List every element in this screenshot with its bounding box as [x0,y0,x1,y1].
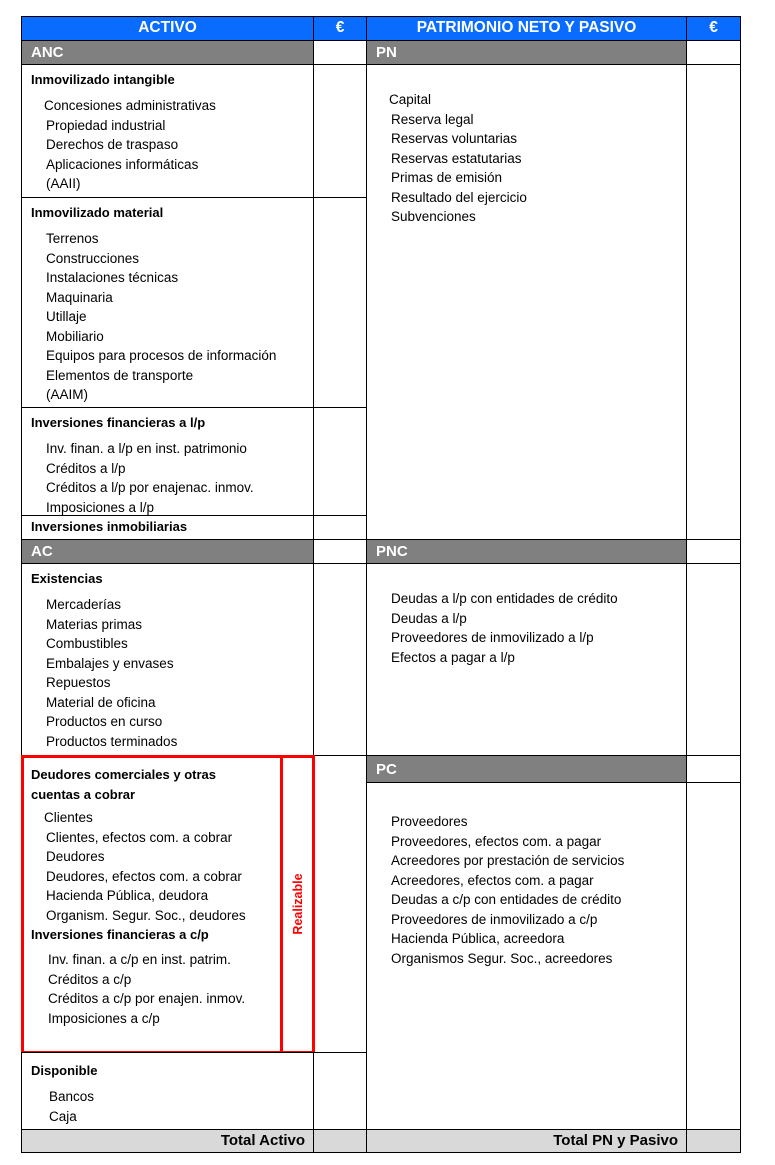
pn-section-header: PN [366,40,687,65]
list-item: Construcciones [46,249,276,269]
amount-cell[interactable] [313,515,367,540]
inmovilizado-material-cell: Inmovilizado material Terrenos Construcc… [21,197,314,408]
group-title: Inversiones financieras a l/p [31,415,205,430]
total-pasivo-amount[interactable] [686,1129,741,1153]
list-item: Deudas a l/p [391,609,618,629]
list-item: Equipos para procesos de información [46,346,276,366]
list-item: Instalaciones técnicas [46,268,276,288]
pasivo-header: PATRIMONIO NETO Y PASIVO [366,16,687,41]
list-item: Maquinaria [46,288,276,308]
pnc-amount-cell[interactable] [686,539,741,564]
list-item: Inv. finan. a l/p en inst. patrimonio [46,439,254,459]
list-item: Deudas a c/p con entidades de crédito [391,890,624,910]
amount-cell[interactable] [686,64,741,540]
list-item: Organismos Segur. Soc., acreedores [391,949,624,969]
item-list: Capital Reserva legal Reservas voluntari… [389,90,527,227]
list-item: Reserva legal [389,110,527,130]
list-item: Deudas a l/p con entidades de crédito [391,589,618,609]
pc-section-header: PC [366,755,687,783]
pc-amount-cell[interactable] [686,755,741,783]
list-item: Propiedad industrial [44,116,216,136]
ac-amount-cell[interactable] [313,539,367,564]
list-item: Proveedores de inmovilizado a l/p [391,628,618,648]
item-list: Deudas a l/p con entidades de crédito De… [391,589,618,667]
list-item: Capital [389,90,527,110]
amount-cell[interactable] [313,407,367,516]
group-title: Disponible [31,1063,97,1078]
item-list: Mercaderías Materias primas Combustibles… [46,595,177,751]
list-item: Hacienda Pública, acreedora [391,929,624,949]
list-item: Caja [49,1107,94,1127]
list-item: Créditos a l/p [46,459,254,479]
list-item: Material de oficina [46,693,177,713]
list-item: Elementos de transporte [46,366,276,386]
existencias-cell: Existencias Mercaderías Materias primas … [21,563,314,756]
list-item: Materias primas [46,615,177,635]
pasivo-euro-header: € [686,16,741,41]
pnc-section-header: PNC [366,539,687,564]
list-item: (AAII) [44,174,216,194]
list-item: Primas de emisión [389,168,527,188]
activo-euro-header: € [313,16,367,41]
item-list: Inv. finan. a l/p en inst. patrimonio Cr… [46,439,254,517]
pc-cell: Proveedores Proveedores, efectos com. a … [366,782,687,1130]
item-list: Proveedores Proveedores, efectos com. a … [391,812,624,968]
list-item: Bancos [49,1087,94,1107]
amount-cell[interactable] [313,1052,367,1130]
list-item: (AAIM) [46,385,276,405]
amount-cell[interactable] [686,782,741,1130]
pn-cell: Capital Reserva legal Reservas voluntari… [366,64,687,540]
list-item: Proveedores [391,812,624,832]
group-title: Inversiones inmobiliarias [31,519,187,534]
realizable-label: Realizable [289,854,307,954]
group-title: Inmovilizado material [31,205,163,220]
anc-amount-cell[interactable] [313,40,367,65]
amount-cell[interactable] [313,755,367,1053]
list-item: Productos en curso [46,712,177,732]
inversiones-financieras-lp-cell: Inversiones financieras a l/p Inv. finan… [21,407,314,516]
item-list: Terrenos Construcciones Instalaciones té… [46,229,276,405]
list-item: Proveedores de inmovilizado a c/p [391,910,624,930]
list-item: Reservas estatutarias [389,149,527,169]
item-list: Concesiones administrativas Propiedad in… [44,96,216,194]
list-item: Proveedores, efectos com. a pagar [391,832,624,852]
list-item: Acreedores, efectos com. a pagar [391,871,624,891]
list-item: Repuestos [46,673,177,693]
list-item: Aplicaciones informáticas [44,155,216,175]
list-item: Créditos a l/p por enajenac. inmov. [46,478,254,498]
pnc-cell: Deudas a l/p con entidades de crédito De… [366,563,687,756]
list-item: Derechos de traspaso [44,135,216,155]
total-pasivo-label: Total PN y Pasivo [366,1129,687,1153]
amount-cell[interactable] [313,64,367,198]
inversiones-inmobiliarias-cell: Inversiones inmobiliarias [21,515,314,540]
group-title: Existencias [31,571,103,586]
realizable-highlight-box [21,755,283,1054]
total-activo-amount[interactable] [313,1129,367,1153]
disponible-cell: Disponible Bancos Caja [21,1052,314,1130]
list-item: Productos terminados [46,732,177,752]
total-activo-label: Total Activo [21,1129,314,1153]
list-item: Efectos a pagar a l/p [391,648,618,668]
list-item: Concesiones administrativas [44,96,216,116]
list-item: Embalajes y envases [46,654,177,674]
list-item: Combustibles [46,634,177,654]
list-item: Mobiliario [46,327,276,347]
list-item: Resultado del ejercicio [389,188,527,208]
list-item: Mercaderías [46,595,177,615]
amount-cell[interactable] [686,563,741,756]
ac-section-header: AC [21,539,314,564]
list-item: Reservas voluntarias [389,129,527,149]
amount-cell[interactable] [313,563,367,756]
anc-section-header: ANC [21,40,314,65]
group-title: Inmovilizado intangible [31,72,175,87]
inmovilizado-intangible-cell: Inmovilizado intangible Concesiones admi… [21,64,314,198]
amount-cell[interactable] [313,197,367,408]
pn-amount-cell[interactable] [686,40,741,65]
list-item: Acreedores por prestación de servicios [391,851,624,871]
item-list: Bancos Caja [49,1087,94,1126]
activo-header: ACTIVO [21,16,314,41]
list-item: Terrenos [46,229,276,249]
list-item: Utillaje [46,307,276,327]
list-item: Subvenciones [389,207,527,227]
